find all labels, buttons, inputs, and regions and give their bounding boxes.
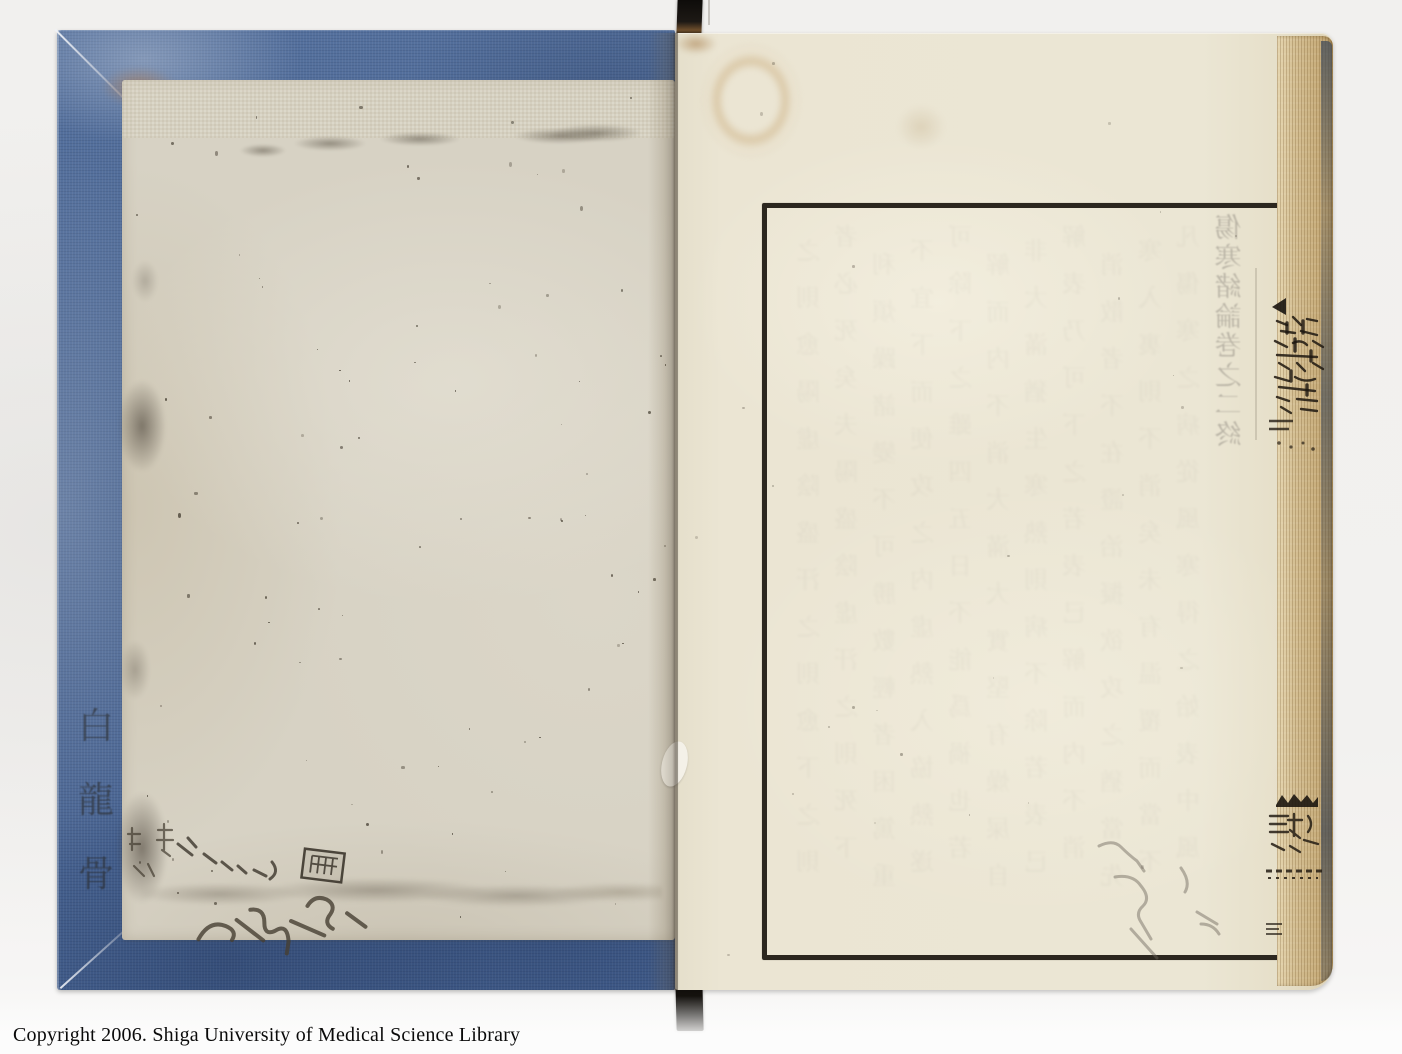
paper-speck (772, 485, 774, 487)
paper-speck (876, 710, 878, 711)
paper-speck (452, 833, 453, 835)
paper-speck (417, 177, 419, 179)
paper-speck (638, 591, 639, 593)
paper-speck (1118, 297, 1120, 300)
paper-speck (562, 169, 565, 172)
binding-string (708, 0, 710, 25)
paper-speck (259, 278, 260, 279)
paper-speck (339, 658, 342, 661)
paper-speck (460, 916, 461, 918)
paper-speck (320, 517, 323, 520)
paper-speck (539, 737, 541, 738)
paper-speck (546, 294, 548, 297)
paper-speck (401, 766, 404, 769)
paper-speck (969, 814, 970, 816)
paper-speck (414, 362, 416, 363)
paper-speck (211, 870, 213, 872)
paper-speck (524, 741, 526, 743)
paper-speck (498, 305, 501, 309)
paper-speck (136, 214, 138, 216)
paper-speck (852, 706, 855, 710)
paper-speck (586, 473, 588, 475)
right-page: 傷寒緒論巻之二終 凡傷寒之病從風寒得之始表中風寒入裏則不消矣未有温覆而當不消散者… (675, 33, 1333, 990)
paper-speck (580, 206, 583, 211)
paper-speck (268, 622, 270, 623)
paper-speck (1180, 667, 1182, 670)
paper-speck (1108, 122, 1111, 124)
paper-speck (358, 437, 360, 438)
binding-strap-top (676, 0, 702, 35)
paper-speck (194, 492, 197, 494)
paper-speck (339, 370, 340, 372)
paper-speck (615, 903, 616, 904)
paper-speck (621, 289, 623, 292)
paper-speck (342, 615, 343, 617)
pastedown-paper (122, 80, 675, 940)
paper-speck (588, 688, 590, 691)
paper-speck (585, 515, 586, 516)
paper-speck (407, 165, 409, 167)
paper-speck (438, 766, 439, 768)
paper-speck (265, 596, 267, 599)
paper-speck (772, 62, 775, 65)
paper-speck (419, 546, 421, 548)
paper-speck (828, 726, 830, 729)
paper-speck (147, 795, 149, 797)
paper-speck (630, 97, 632, 100)
paper-speck (792, 793, 794, 796)
paper-speck (460, 518, 462, 520)
paper-speck (177, 892, 179, 894)
paper-speck (366, 823, 369, 826)
paper-speck (491, 791, 493, 793)
paper-speck (381, 850, 383, 853)
paper-speck (239, 254, 241, 256)
paper-speck (1160, 211, 1161, 213)
paper-speck (351, 804, 353, 805)
paper-speck (297, 522, 299, 524)
paper-speck (852, 265, 855, 268)
left-cover: 白龍骨 (57, 30, 675, 990)
paper-speck (256, 116, 258, 119)
paper-speck (617, 644, 620, 648)
paper-speck (306, 760, 308, 761)
paper-speck (340, 446, 343, 449)
paper-speck (528, 517, 531, 520)
paper-speck (1122, 494, 1123, 496)
paper-speck (622, 643, 623, 644)
gutter-crease (674, 33, 677, 990)
paper-speck (318, 608, 320, 610)
paper-speck (349, 380, 350, 382)
paper-speck (359, 106, 362, 109)
paper-speck (900, 753, 902, 756)
paper-speck (301, 434, 304, 437)
paper-speck (262, 286, 264, 287)
paper-speck (560, 518, 562, 521)
paper-speck (742, 407, 745, 409)
paper-speck (993, 677, 995, 679)
paper-speck (1141, 865, 1144, 869)
paper-speck (299, 662, 301, 663)
paper-speck (254, 642, 256, 644)
paper-speck (1235, 235, 1237, 237)
paper-speck (215, 151, 218, 155)
paper-speck (214, 902, 217, 905)
paper-speck (579, 381, 580, 382)
paper-speck (760, 112, 763, 116)
paper-speck (535, 354, 537, 357)
paper-speck (455, 390, 456, 392)
paper-speck (1181, 406, 1184, 409)
paper-speck (874, 822, 876, 824)
photo-background: 白龍骨 (0, 0, 1402, 1054)
paper-speck (561, 424, 562, 425)
paper-speck (317, 349, 318, 350)
paper-speck (187, 594, 189, 597)
paper-speck (469, 728, 470, 729)
paper-speck (416, 325, 418, 327)
paper-speck (511, 121, 514, 124)
paper-speck (537, 174, 538, 175)
paper-speck (695, 536, 698, 539)
page-specks (675, 33, 1333, 990)
spine-label: 白龍骨 (71, 690, 121, 912)
paper-speck (178, 513, 181, 517)
paper-speck (1007, 555, 1010, 557)
paper-speck (1173, 375, 1174, 376)
paper-speck (167, 820, 170, 823)
paper-speck (505, 871, 506, 873)
paper-speck (1028, 802, 1029, 803)
paper-speck (171, 142, 174, 145)
pastedown-specks (122, 80, 675, 940)
paper-speck (209, 416, 212, 418)
copyright-caption: Copyright 2006. Shiga University of Medi… (13, 1024, 520, 1047)
paper-speck (727, 954, 729, 956)
paper-speck (165, 398, 168, 401)
paper-speck (489, 283, 491, 285)
paper-speck (172, 858, 174, 861)
paper-speck (139, 861, 141, 864)
paper-speck (160, 705, 162, 707)
paper-speck (509, 162, 512, 166)
paper-speck (611, 574, 614, 577)
